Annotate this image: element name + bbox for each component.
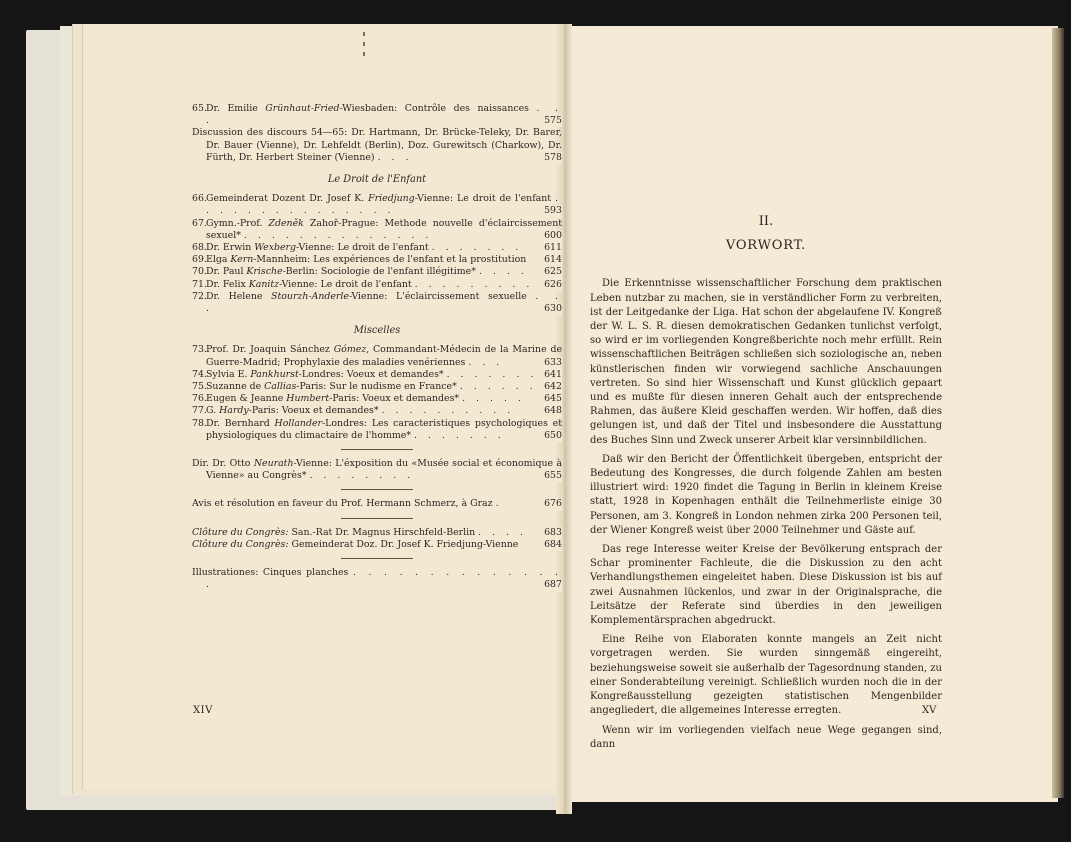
toc-entry: 71.Dr. Felix Kanitz-Vienne: Le droit de … <box>192 279 562 291</box>
toc-entry: 78.Dr. Bernhard Hollander-Londres: Les c… <box>192 418 562 442</box>
toc-entry: 68.Dr. Erwin Wexberg-Vienne: Le droit de… <box>192 242 562 254</box>
toc-entry: 67.Gymn.-Prof. Zdeněk Zahoř-Prague: Meth… <box>192 218 562 242</box>
toc-entry: Clôture du Congrès: San.-Rat Dr. Magnus … <box>192 527 562 539</box>
toc-entry: Discussion des discours 54—65: Dr. Hartm… <box>192 127 562 164</box>
page-number: 630 <box>541 303 562 315</box>
toc-entry: 75.Suzanne de Callias-Paris: Sur le nudi… <box>192 381 562 393</box>
paragraph: Wenn wir im vorliegenden vielfach neue W… <box>590 724 942 752</box>
toc-entry: Clôture du Congrès: Gemeinderat Doz. Dr.… <box>192 539 562 551</box>
preface-text: II. VORWORT. Die Erkenntnisse wissenscha… <box>590 215 942 757</box>
page-number: 611 <box>541 242 562 254</box>
toc-entry: 66.Gemeinderat Dozent Dr. Josef K. Fried… <box>192 193 562 217</box>
toc-entry: 70.Dr. Paul Krische-Berlin: Sociologie d… <box>192 266 562 278</box>
page-number: 593 <box>541 205 562 217</box>
paragraph: Das rege Interesse weiter Kreise der Bev… <box>590 543 942 628</box>
page-number: 578 <box>541 152 562 164</box>
table-of-contents: 65.Dr. Emilie Grünhaut-Fried-Wiesbaden: … <box>192 103 562 592</box>
page-number: 684 <box>541 539 562 551</box>
toc-entry: 74.Sylvia E. Pankhurst-Londres: Voeux et… <box>192 369 562 381</box>
page-number: 641 <box>541 369 562 381</box>
toc-entry: 65.Dr. Emilie Grünhaut-Fried-Wiesbaden: … <box>192 103 562 127</box>
right-page-edge <box>1052 28 1064 798</box>
toc-entry: Illustrationes: Cinques planches . . . .… <box>192 567 562 591</box>
paragraph: Die Erkenntnisse wissenschaftlicher Fors… <box>590 277 942 447</box>
paragraph: Eine Reihe von Elaboraten konnte mangels… <box>590 633 942 718</box>
page-number: 655 <box>541 470 562 482</box>
paragraph: Daß wir den Bericht der Öffentlichkeit ü… <box>590 453 942 538</box>
page-number: 626 <box>541 279 562 291</box>
page-number: 676 <box>541 498 562 510</box>
divider <box>341 518 413 519</box>
page-folio-left: XIV <box>193 705 213 716</box>
page-number: 625 <box>541 266 562 278</box>
page-folio-right: XV <box>922 705 936 716</box>
page-number: 650 <box>541 430 562 442</box>
page-number: 642 <box>541 381 562 393</box>
page-number: 683 <box>541 527 562 539</box>
toc-entry: 73.Prof. Dr. Joaquin Sánchez Gómez, Comm… <box>192 344 562 368</box>
page-number: 687 <box>541 579 562 591</box>
chapter-title: VORWORT. <box>590 239 942 253</box>
toc-entry: Dir. Dr. Otto Neurath-Vienne: L'éxpositi… <box>192 458 562 482</box>
page-number: 600 <box>541 230 562 242</box>
page-number: 648 <box>541 405 562 417</box>
section-heading: Le Droit de l'Enfant <box>192 174 562 186</box>
page-number: 633 <box>541 357 562 369</box>
page-number: 575 <box>541 115 562 127</box>
toc-entry: 72.Dr. Helene Stourzh-Anderle-Vienne: L'… <box>192 291 562 315</box>
chapter-number: II. <box>590 215 942 229</box>
toc-entry: Avis et résolution en faveur du Prof. He… <box>192 498 562 510</box>
toc-entry: 76.Eugen & Jeanne Humbert-Paris: Voeux e… <box>192 393 562 405</box>
toc-entry: 69.Elga Kern-Mannheim: Les expériences d… <box>192 254 562 266</box>
divider <box>341 449 413 450</box>
page-number: 614 <box>541 254 562 266</box>
divider <box>341 489 413 490</box>
stitch-marks <box>362 32 366 62</box>
page-number: 645 <box>541 393 562 405</box>
section-heading: Miscelles <box>192 325 562 337</box>
divider <box>341 558 413 559</box>
toc-entry: 77.G. Hardy-Paris: Voeux et demandes* . … <box>192 405 562 417</box>
